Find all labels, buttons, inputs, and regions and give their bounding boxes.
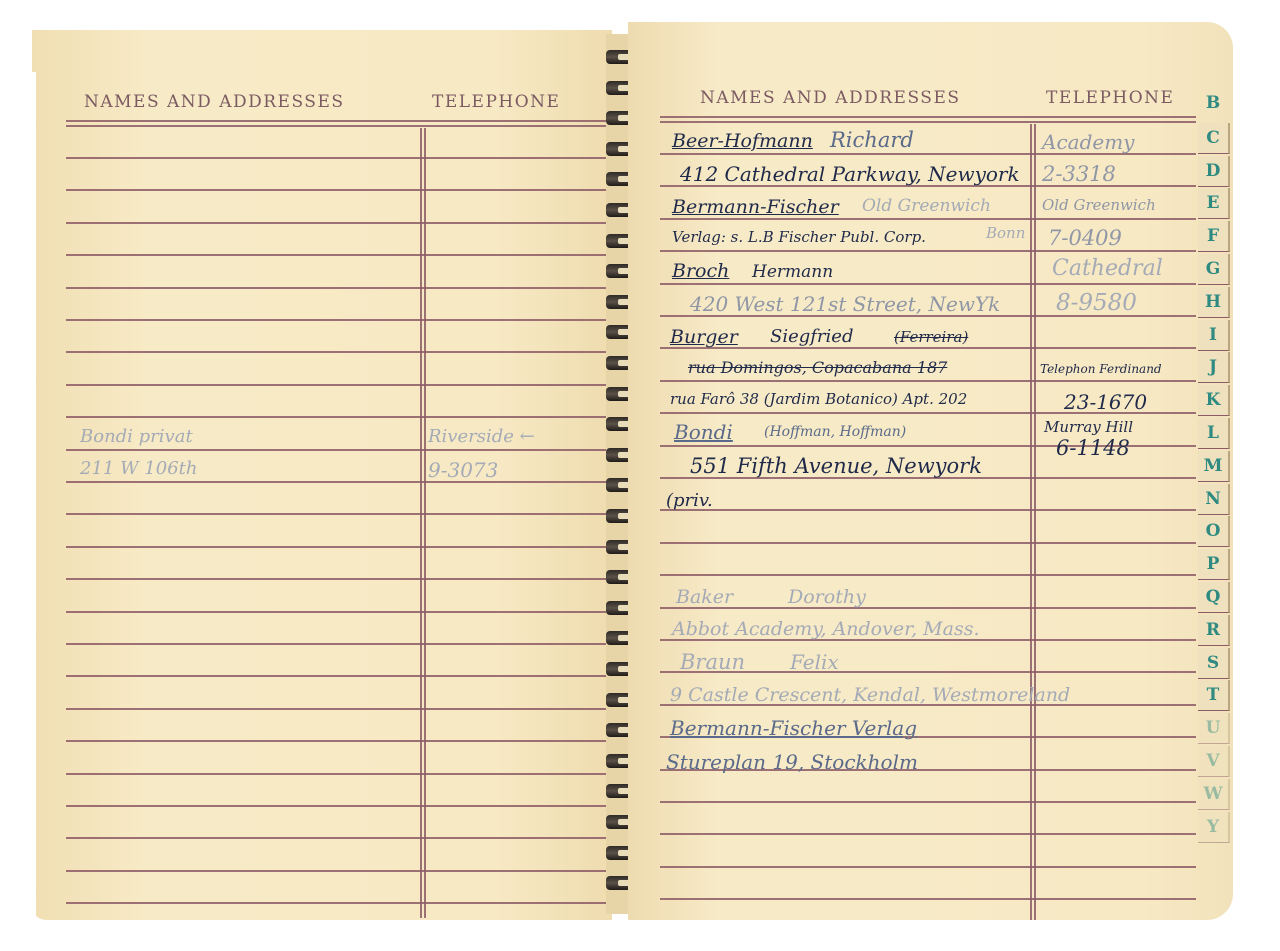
entry-address: Verlag: s. L.B Fischer Publ. Corp. (672, 228, 926, 246)
entry-tel-number: 23-1670 (1064, 390, 1147, 414)
entry-extra-2: Bonn (986, 224, 1025, 242)
ruled-line (66, 643, 610, 645)
ruled-line (660, 347, 1196, 349)
entry-address: 412 Cathedral Parkway, Newyork (680, 162, 1020, 186)
ruled-line (660, 833, 1196, 835)
header-rule (66, 120, 610, 122)
index-tab-v[interactable]: V (1198, 746, 1230, 777)
entry-address: Abbot Academy, Andover, Mass. (672, 618, 980, 640)
left-column-divider (420, 128, 422, 918)
index-tab-g[interactable]: G (1198, 254, 1230, 285)
header-rule (660, 116, 1196, 118)
entry-struck-name: (Ferreira) (894, 328, 968, 346)
left-entry-address: 211 W 106th (80, 458, 197, 479)
entry-first-name: Richard (830, 128, 914, 152)
ruled-line (660, 898, 1196, 900)
entry-first-name: Hermann (752, 262, 833, 282)
ruled-line (66, 773, 610, 775)
header-rule (660, 121, 1196, 123)
entry-extra: (Hoffman, Hoffman) (764, 424, 906, 440)
index-tab-p[interactable]: P (1198, 549, 1230, 580)
ruled-line (660, 218, 1196, 220)
index-tab-b[interactable]: B (1198, 88, 1228, 118)
entry-note: (priv. (666, 490, 713, 511)
ruled-line (66, 254, 610, 256)
entry-extra: Old Greenwich (862, 196, 991, 216)
ruled-line (660, 574, 1196, 576)
entry-first-name: Dorothy (788, 586, 866, 608)
index-tab-r[interactable]: R (1198, 615, 1230, 646)
index-tab-f[interactable]: F (1198, 221, 1230, 252)
entry-tel-exchange: Academy (1042, 130, 1134, 154)
ruled-line (66, 157, 610, 159)
entry-address: Stureplan 19, Stockholm (666, 750, 918, 774)
entry-tel-number: 8-9580 (1056, 290, 1137, 316)
entry-name: Broch (672, 260, 729, 282)
entry-name: Beer-Hofmann (672, 130, 813, 152)
page-edge-notch (0, 72, 36, 922)
ruled-line (660, 380, 1196, 382)
ruled-line (660, 283, 1196, 285)
ruled-line (66, 222, 610, 224)
ruled-line (66, 837, 610, 839)
index-tab-i[interactable]: I (1198, 320, 1230, 351)
ruled-line (66, 189, 610, 191)
ruled-line (66, 287, 610, 289)
entry-first-name: Siegfried (770, 326, 853, 347)
ruled-line (66, 870, 610, 872)
ruled-line (66, 740, 610, 742)
ruled-line (66, 708, 610, 710)
right-names-header: NAMES AND ADDRESSES (700, 88, 961, 108)
ruled-line (660, 801, 1196, 803)
entry-name: Bermann-Fischer (672, 196, 839, 218)
ruled-line (66, 449, 610, 451)
right-column-divider-2 (1034, 124, 1036, 920)
right-telephone-header: TELEPHONE (1046, 88, 1174, 108)
index-tab-c[interactable]: C (1198, 123, 1230, 154)
entry-name: Burger (670, 326, 738, 348)
entry-address: rua Farô 38 (Jardim Botanico) Apt. 202 (670, 390, 967, 408)
entry-address: 551 Fifth Avenue, Newyork (690, 454, 982, 478)
entry-name: Bondi (674, 420, 733, 444)
entry-address: 9 Castle Crescent, Kendal, Westmoreland (670, 684, 1070, 706)
index-tab-w[interactable]: W (1198, 779, 1230, 810)
entry-tel-exchange: Old Greenwich (1042, 196, 1156, 214)
entry-struck-address: rua Domingos, Copacabana 187 (688, 358, 947, 377)
entry-address: 420 West 121st Street, NewYk (690, 292, 1000, 316)
index-tab-h[interactable]: H (1198, 287, 1230, 318)
index-tab-d[interactable]: D (1198, 156, 1230, 187)
index-tab-e[interactable]: E (1198, 188, 1230, 219)
ruled-line (66, 902, 610, 904)
index-tab-y[interactable]: Y (1198, 812, 1230, 843)
entry-name: Braun (680, 650, 745, 674)
header-rule (66, 125, 610, 127)
ruled-line (660, 607, 1196, 609)
ruled-line (66, 481, 610, 483)
left-names-header: NAMES AND ADDRESSES (84, 92, 345, 112)
index-tab-q[interactable]: Q (1198, 582, 1230, 613)
right-column-divider (1030, 124, 1032, 920)
left-entry-tel-number: 9-3073 (428, 458, 498, 482)
entry-first-name: Felix (790, 650, 839, 674)
ruled-line (660, 509, 1196, 511)
left-entry-tel-exchange: Riverside ← (428, 426, 535, 447)
entry-name: Bermann-Fischer Verlag (670, 716, 917, 740)
ruled-line (66, 578, 610, 580)
index-tab-t[interactable]: T (1198, 680, 1230, 711)
ruled-line (660, 866, 1196, 868)
index-tab-m[interactable]: M (1198, 451, 1230, 482)
ruled-line (660, 250, 1196, 252)
index-tab-o[interactable]: O (1198, 516, 1230, 547)
index-tab-u[interactable]: U (1198, 713, 1230, 744)
ruled-line (66, 319, 610, 321)
entry-tel-exchange: Telephon Ferdinand (1040, 362, 1162, 376)
entry-tel-number: 6-1148 (1056, 436, 1130, 460)
index-tab-s[interactable]: S (1198, 648, 1230, 679)
ruled-line (66, 611, 610, 613)
index-tab-n[interactable]: N (1198, 484, 1230, 515)
ruled-line (660, 542, 1196, 544)
entry-tel-exchange: Cathedral (1052, 256, 1163, 281)
ruled-line (66, 384, 610, 386)
ruled-line (66, 416, 610, 418)
left-column-divider-2 (424, 128, 426, 918)
ruled-line (66, 805, 610, 807)
index-tab-j[interactable]: J (1198, 352, 1230, 383)
ruled-line (66, 675, 610, 677)
alphabet-index-tabs: BCDEFGHIJKLMNOPQRSTUVWY (1198, 92, 1234, 882)
left-telephone-header: TELEPHONE (432, 92, 560, 112)
entry-tel-exchange: Murray Hill (1044, 418, 1133, 436)
entry-tel-number: 7-0409 (1048, 226, 1122, 250)
index-tab-k[interactable]: K (1198, 385, 1230, 416)
entry-name: Baker (676, 586, 733, 608)
ruled-line (66, 546, 610, 548)
entry-tel-number: 2-3318 (1042, 162, 1116, 186)
ruled-line (66, 351, 610, 353)
index-tab-l[interactable]: L (1198, 418, 1230, 449)
ruled-line (66, 513, 610, 515)
left-entry-name: Bondi privat (80, 426, 193, 447)
